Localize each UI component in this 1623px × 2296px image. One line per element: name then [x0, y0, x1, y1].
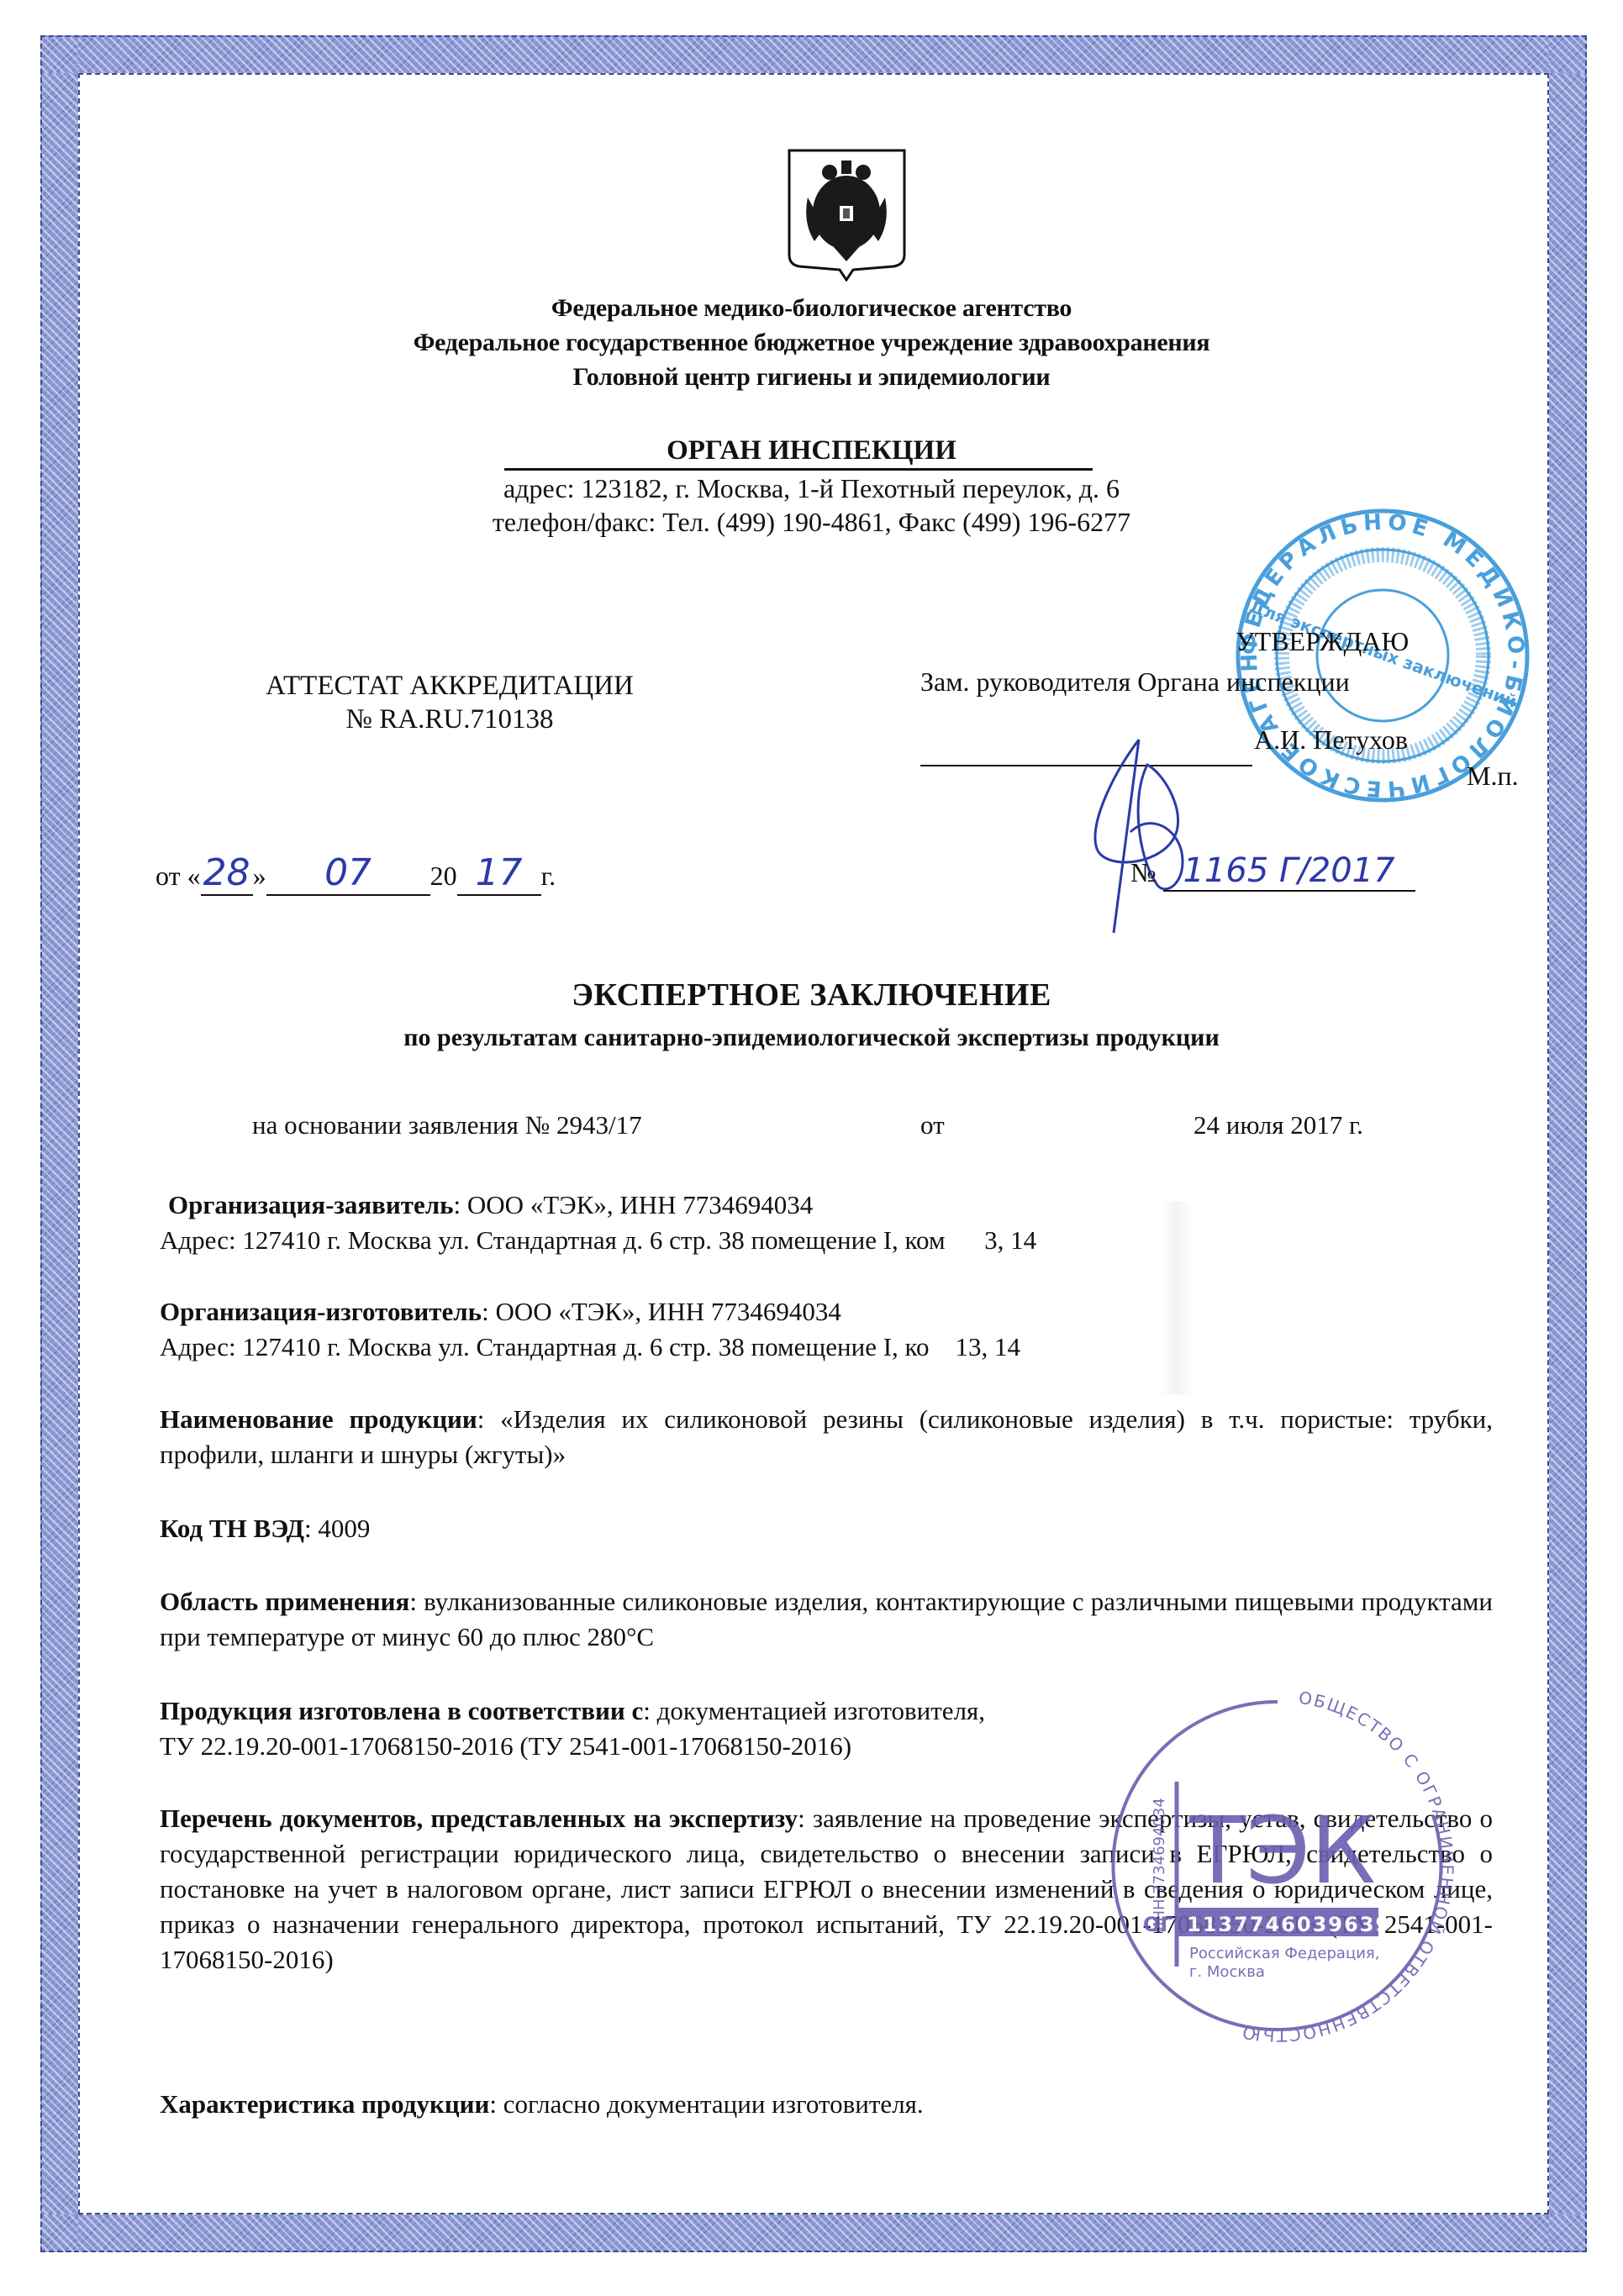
applicant: Организация-заявитель: ООО «ТЭК», ИНН 77…: [168, 1187, 1501, 1223]
svg-text:ТЭК: ТЭК: [1188, 1797, 1376, 1904]
manufacturer-address: Адрес: 127410 г. Москва ул. Стандартная …: [160, 1330, 1493, 1365]
application-basis: на основании заявления № 2943/17: [252, 1108, 642, 1143]
approver-position: Зам. руководителя Органа инспекции: [920, 666, 1350, 698]
company-stamp: ОБЩЕСТВО С ОГРАНИЧЕННОЙ ОТВЕТСТВЕННОСТЬЮ…: [1093, 1681, 1462, 2051]
application-date: 24 июля 2017 г.: [1194, 1108, 1363, 1143]
svg-text:1137746039639: 1137746039639: [1187, 1913, 1391, 1936]
applicant-address: Адрес: 127410 г. Москва ул. Стандартная …: [160, 1223, 1493, 1258]
product-name: Наименование продукции: «Изделия их сили…: [160, 1402, 1493, 1472]
svg-text:Российская Федерация,: Российская Федерация,: [1189, 1945, 1379, 1962]
accreditation-number: № RA.RU.710138: [198, 704, 702, 735]
document-title: ЭКСПЕРТНОЕ ЗАКЛЮЧЕНИЕ: [0, 977, 1623, 1014]
svg-text:г. Москва: г. Москва: [1189, 1963, 1265, 1981]
title-underline: [504, 468, 1093, 471]
document-number: 1165 Г/2017: [1163, 851, 1415, 892]
date-line: от «28»072017г.: [155, 851, 556, 896]
manufacturer: Организация-изготовитель: ООО «ТЭК», ИНН…: [160, 1294, 1493, 1330]
inspection-address: адрес: 123182, г. Москва, 1-й Пехотный п…: [0, 473, 1623, 504]
center-name: Головной центр гигиены и эпидемиологии: [0, 363, 1623, 392]
inspection-body-title: ОРГАН ИНСПЕКЦИИ: [0, 435, 1623, 466]
application-area: Область применения: вулканизованные сили…: [160, 1584, 1493, 1655]
coat-of-arms-icon: [786, 147, 908, 282]
signature: [1063, 723, 1248, 941]
approval-heading: УТВЕРЖДАЮ: [1236, 626, 1409, 657]
agency-name: Федеральное медико-биологическое агентст…: [0, 294, 1623, 323]
approver-name: А.И. Петухов: [1254, 724, 1408, 756]
number-line: № 1165 Г/2017: [1130, 851, 1415, 892]
date-year: 17: [457, 851, 541, 896]
application-from: от: [920, 1108, 945, 1143]
date-month: 07: [266, 851, 430, 896]
seal-mark: М.п.: [1467, 761, 1519, 792]
document-subtitle: по результатам санитарно-эпидемиологичес…: [0, 1024, 1623, 1052]
accreditation-title: АТТЕСТАТ АККРЕДИТАЦИИ: [198, 671, 702, 702]
tn-ved-code: Код ТН ВЭД: 4009: [160, 1511, 1493, 1546]
product-characteristics: Характеристика продукции: согласно докум…: [160, 2087, 1493, 2122]
institution-name: Федеральное государственное бюджетное уч…: [0, 329, 1623, 357]
date-day: 28: [201, 851, 253, 896]
correction-smudge: [1160, 1202, 1194, 1395]
